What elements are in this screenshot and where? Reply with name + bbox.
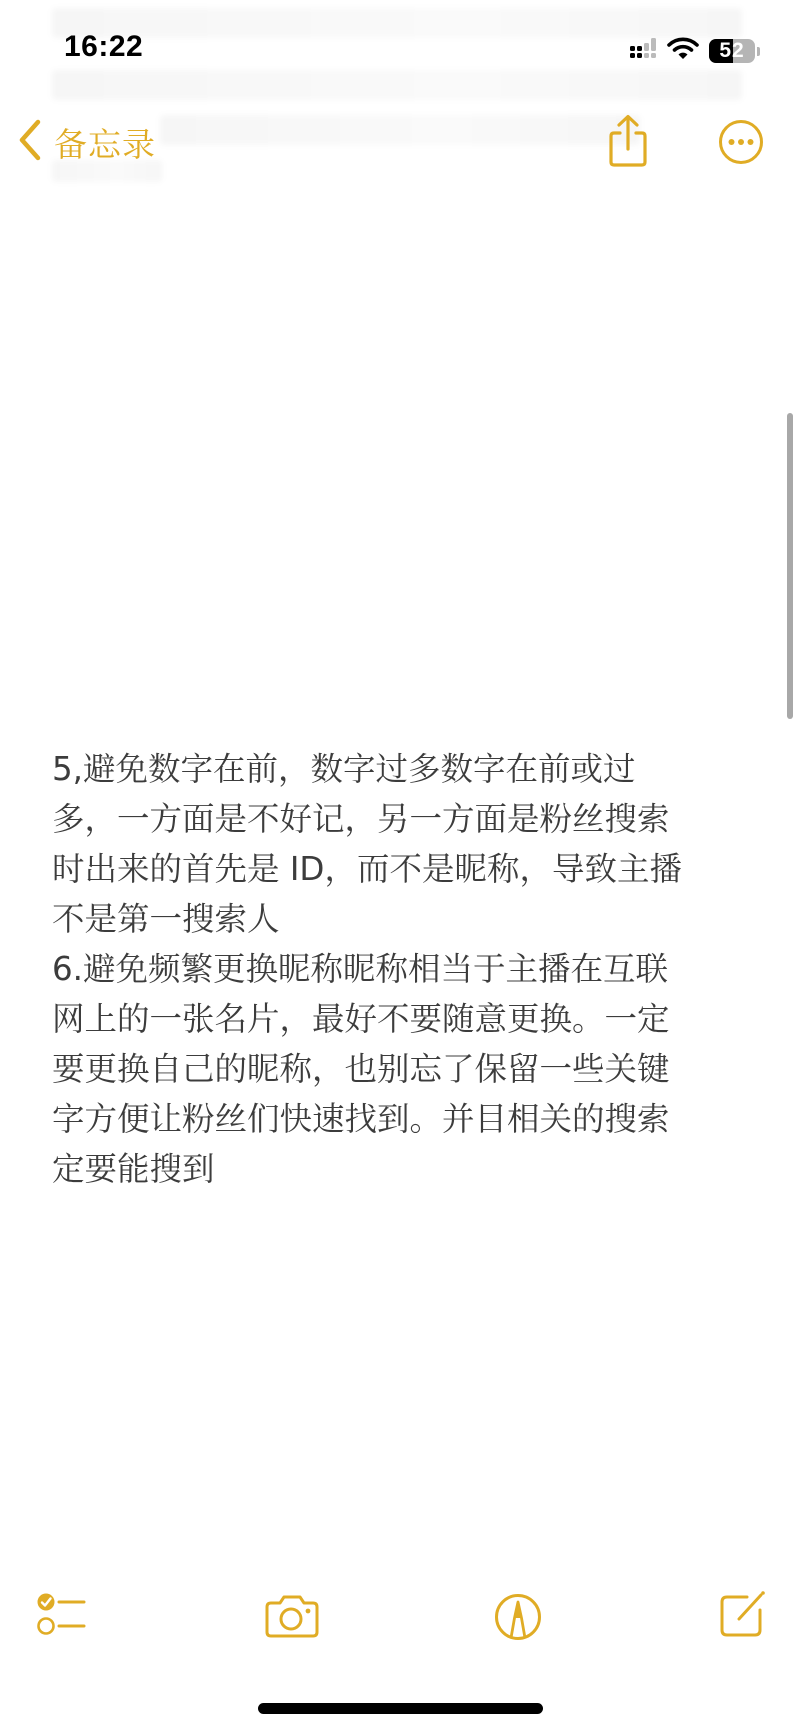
share-button[interactable] [606, 113, 650, 173]
camera-icon [263, 1624, 321, 1643]
battery-cap [757, 47, 760, 56]
chevron-left-icon [16, 118, 44, 166]
checklist-button[interactable] [36, 1592, 90, 1642]
battery-body: 52 [709, 39, 755, 63]
note-line: 多，一方面是不好记，另一方面是粉丝搜索 [52, 794, 752, 844]
note-line: 5,避免数字在前，数字过多数字在前或过 [52, 744, 752, 794]
compose-button[interactable] [717, 1590, 767, 1644]
battery-level: 52 [719, 39, 744, 63]
note-line: 定要能搜到 [52, 1144, 752, 1194]
note-line: 字方便让粉丝们快速找到。并目相关的搜索 [52, 1094, 752, 1144]
ghost-text-line [160, 115, 640, 145]
markup-icon [494, 1626, 542, 1645]
checklist-icon [36, 1623, 90, 1642]
vertical-scrollbar[interactable] [787, 413, 793, 719]
battery-icon: 52 [709, 39, 760, 63]
status-icons: 52 [629, 36, 760, 66]
markup-button[interactable] [494, 1593, 542, 1645]
home-indicator[interactable] [258, 1703, 543, 1714]
note-line: 时出来的首先是 ID，而不是昵称，导致主播 [52, 844, 752, 894]
compose-icon [717, 1625, 767, 1644]
status-time: 16:22 [64, 30, 143, 64]
back-button-label: 备忘录 [54, 119, 156, 166]
more-icon [718, 150, 764, 169]
note-line: 要更换自己的昵称，也别忘了保留一些关键 [52, 1044, 752, 1094]
note-line: 网上的一张名片，最好不要随意更换。一定 [52, 994, 752, 1044]
back-button[interactable]: 备忘录 [16, 118, 156, 166]
camera-button[interactable] [263, 1593, 321, 1643]
more-button[interactable] [718, 119, 764, 169]
wifi-icon [667, 37, 699, 65]
note-content[interactable]: 5,避免数字在前，数字过多数字在前或过 多，一方面是不好记，另一方面是粉丝搜索 … [52, 744, 752, 1194]
ghost-text-line [52, 70, 742, 100]
cellular-signal-icon [629, 37, 657, 65]
ghost-text-line [52, 8, 742, 38]
share-icon [606, 154, 650, 173]
note-line: 6.避免频繁更换昵称昵称相当于主播在互联 [52, 944, 752, 994]
note-line: 不是第一搜索人 [52, 894, 752, 944]
